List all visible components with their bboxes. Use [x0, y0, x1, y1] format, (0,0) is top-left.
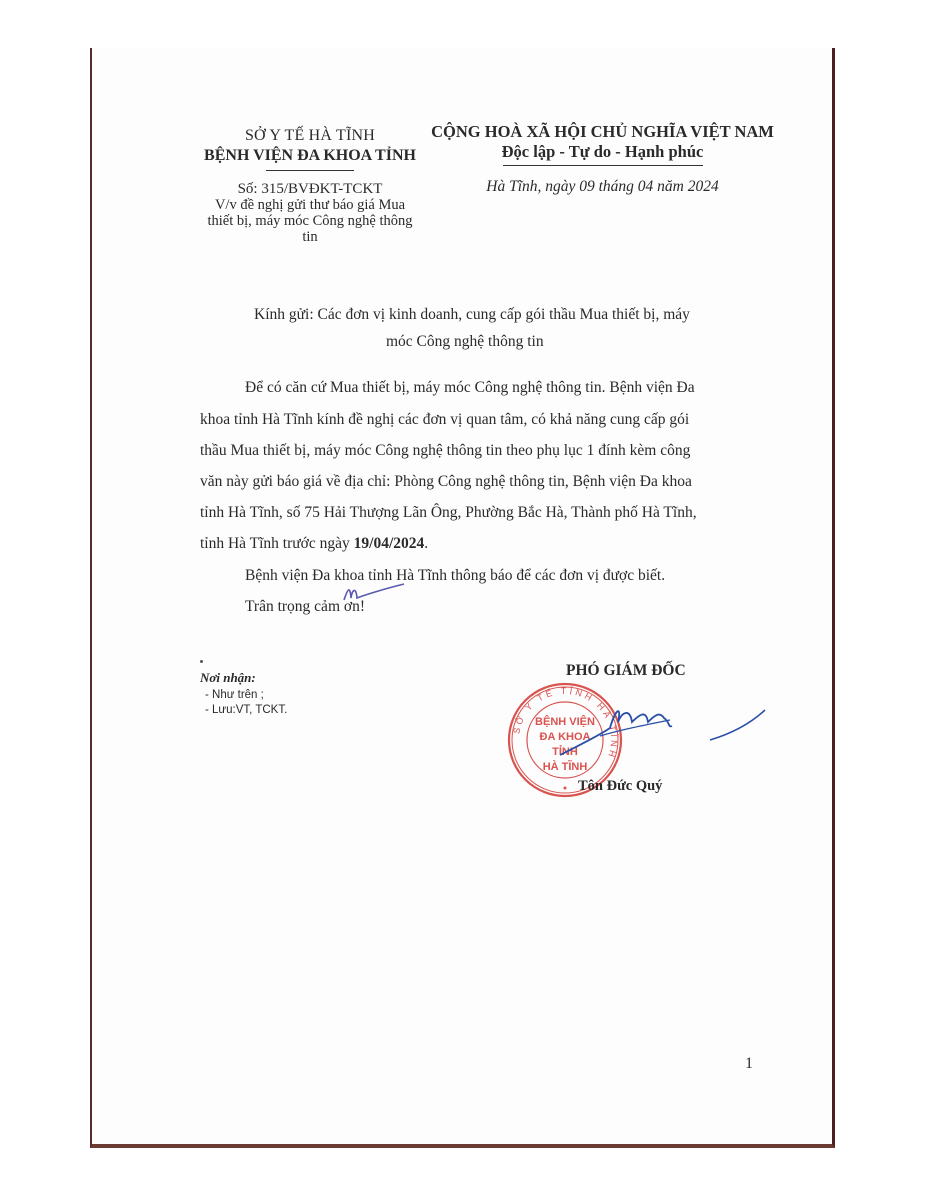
- nation-motto: Độc lập - Tự do - Hạnh phúc: [430, 142, 775, 162]
- nation-header: CỘNG HOÀ XÃ HỘI CHỦ NGHĨA VIỆT NAM Độc l…: [430, 122, 775, 196]
- deadline-date: 19/04/2024: [354, 535, 425, 552]
- body-line-4: văn này gửi báo giá về địa chỉ: Phòng Cô…: [200, 467, 692, 496]
- agency-underline: [266, 170, 354, 171]
- agency-parent: SỞ Y TẾ HÀ TĨNH: [195, 126, 425, 146]
- body-line-6: tỉnh Hà Tĩnh trước ngày 19/04/2024.: [200, 529, 428, 558]
- page-number: 1: [745, 1055, 753, 1073]
- signer-title: PHÓ GIÁM ĐỐC: [566, 662, 686, 680]
- agency-header: SỞ Y TẾ HÀ TĨNH BỆNH VIỆN ĐA KHOA TỈNH S…: [195, 126, 425, 245]
- bullet-dot: [200, 660, 206, 666]
- recipients-block: Nơi nhận: - Như trên ; - Lưu:VT, TCKT.: [200, 670, 287, 718]
- place-date: Hà Tĩnh, ngày 09 tháng 04 năm 2024: [430, 178, 775, 196]
- document-number: Số: 315/BVĐKT-TCKT: [195, 181, 425, 197]
- subject-line-2: thiết bị, máy móc Công nghệ thông: [195, 213, 425, 229]
- subject-line-3: tin: [195, 229, 425, 245]
- recipient-line-1: Kính gửi: Các đơn vị kinh doanh, cung cấ…: [254, 300, 774, 329]
- notice-paragraph: Bệnh viện Đa khoa tỉnh Hà Tĩnh thông báo…: [245, 561, 665, 590]
- handwritten-signature-icon: [560, 700, 770, 760]
- recipient-item: - Lưu:VT, TCKT.: [205, 703, 287, 718]
- body-line-2: khoa tỉnh Hà Tĩnh kính đề nghị các đơn v…: [200, 405, 689, 434]
- initials-signature-icon: [340, 580, 410, 610]
- body-line-6-end: .: [424, 535, 428, 552]
- svg-text:HÀ TĨNH: HÀ TĨNH: [543, 760, 588, 773]
- nation-name: CỘNG HOÀ XÃ HỘI CHỦ NGHĨA VIỆT NAM: [430, 122, 775, 142]
- signer-name: Tôn Đức Quý: [578, 778, 662, 795]
- body-line-1: Để có căn cứ Mua thiết bị, máy móc Công …: [245, 373, 695, 402]
- motto-underline: [503, 165, 703, 166]
- body-line-5: tỉnh Hà Tĩnh, số 75 Hải Thượng Lãn Ông, …: [200, 498, 697, 527]
- body-line-6-text: tỉnh Hà Tĩnh trước ngày: [200, 535, 354, 552]
- recipients-label: Nơi nhận:: [200, 670, 287, 686]
- agency-name: BỆNH VIỆN ĐA KHOA TỈNH: [195, 146, 425, 166]
- subject-line-1: V/v đề nghị gửi thư báo giá Mua: [195, 197, 425, 213]
- recipient-item: - Như trên ;: [205, 688, 287, 703]
- recipient-line-2: móc Công nghệ thông tin: [386, 327, 544, 356]
- body-line-3: thầu Mua thiết bị, máy móc Công nghệ thô…: [200, 436, 690, 465]
